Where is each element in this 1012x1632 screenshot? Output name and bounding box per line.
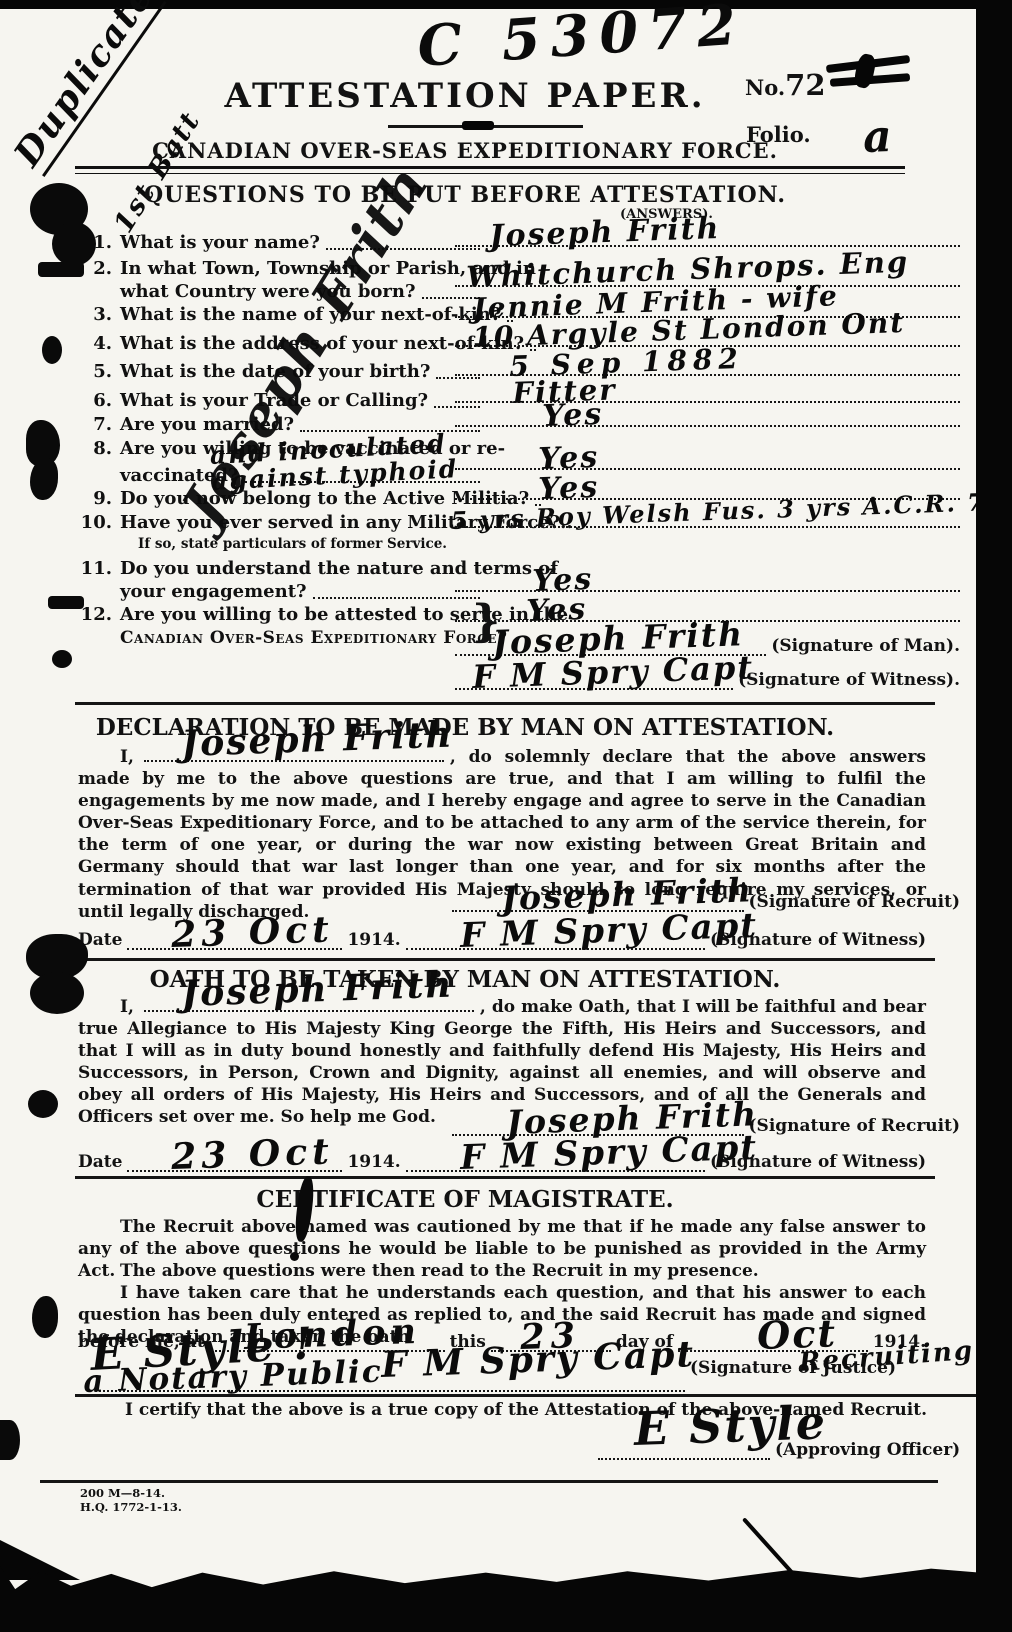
question-row-12: 12.Are you willing to be attested to ser… bbox=[78, 602, 480, 648]
section-rule-3 bbox=[75, 1176, 935, 1179]
attestation-paper-scan: Duplicate 1st Batt C 53072 ATTESTATION P… bbox=[0, 0, 1012, 1632]
oath-date-handwritten: 23 Oct bbox=[171, 1130, 335, 1178]
witness-signature-handwritten: F M Spry Capt bbox=[472, 648, 755, 696]
ink-blot bbox=[0, 1420, 20, 1460]
ink-blot bbox=[42, 336, 62, 364]
ink-blot bbox=[28, 1090, 58, 1118]
answer-name: Joseph Frith bbox=[455, 207, 960, 247]
ink-blot bbox=[52, 650, 72, 668]
oath-name-handwritten: Joseph Frith bbox=[180, 962, 454, 1018]
oath-heading: OATH TO BE TAKEN BY MAN ON ATTESTATION. bbox=[55, 966, 875, 993]
ink-blot bbox=[32, 1296, 58, 1338]
answer-married: Yes bbox=[455, 387, 960, 427]
certificate-heading: CERTIFICATE OF MAGISTRATE. bbox=[55, 1186, 875, 1213]
form-number: No.72 bbox=[745, 68, 826, 102]
form-print-code: 200 M—8-14. H.Q. 1772-1-13. bbox=[80, 1486, 182, 1515]
declaration-name-handwritten: Joseph Frith bbox=[180, 712, 454, 768]
ink-blot bbox=[48, 596, 84, 609]
scan-edge-right bbox=[976, 0, 1012, 1632]
declaration-date-handwritten: 23 Oct bbox=[171, 908, 335, 956]
declaration-heading: DECLARATION TO BE MADE BY MAN ON ATTESTA… bbox=[55, 714, 875, 741]
scan-edge-bottom bbox=[0, 1566, 1012, 1632]
ink-blot bbox=[52, 222, 96, 266]
question-row-10: 10.Have you ever served in any Military … bbox=[78, 510, 480, 552]
section-rule-4 bbox=[40, 1480, 938, 1483]
question-row-2: 2.In what Town, Township or Parish, and … bbox=[78, 256, 480, 302]
header-double-rule bbox=[75, 166, 905, 174]
force-subtitle: CANADIAN OVER-SEAS EXPEDITIONARY FORCE. bbox=[55, 138, 875, 163]
question-row-3: 3.What is the name of your next-of-kin? bbox=[78, 302, 480, 325]
ink-speck bbox=[290, 1252, 299, 1261]
section-rule-2 bbox=[75, 958, 935, 961]
approving-signature-line bbox=[598, 1458, 770, 1460]
ink-blot bbox=[38, 262, 84, 277]
signature-of-witness-row: F M Spry Capt (Signature of Witness). bbox=[455, 646, 960, 690]
declaration-date-row: Date 23 Oct 1914. F M Spry Capt (Signatu… bbox=[78, 904, 926, 950]
questions-heading: QUESTIONS TO BE PUT BEFORE ATTESTATION. bbox=[55, 182, 875, 208]
notary-strike-line bbox=[75, 1394, 980, 1397]
question-row-11: 11.Do you understand the nature and term… bbox=[78, 556, 480, 602]
ink-blot bbox=[30, 972, 84, 1014]
oath-date-row: Date 23 Oct 1914. F M Spry Capt (Signatu… bbox=[78, 1126, 926, 1172]
section-rule-1 bbox=[75, 702, 935, 705]
question-row-1: 1.What is your name? bbox=[78, 230, 480, 253]
title-divider-blob bbox=[462, 121, 494, 130]
approving-officer-label: (Approving Officer) bbox=[775, 1440, 960, 1460]
ink-blot bbox=[30, 458, 58, 500]
serial-number-handwritten: C 53072 bbox=[415, 0, 748, 80]
certificate-para-2: The above questions were then read to th… bbox=[78, 1260, 926, 1282]
answer-military-service: 5 yrs Roy Welsh Fus. 3 yrs A.C.R. 7 yrs … bbox=[455, 488, 960, 528]
